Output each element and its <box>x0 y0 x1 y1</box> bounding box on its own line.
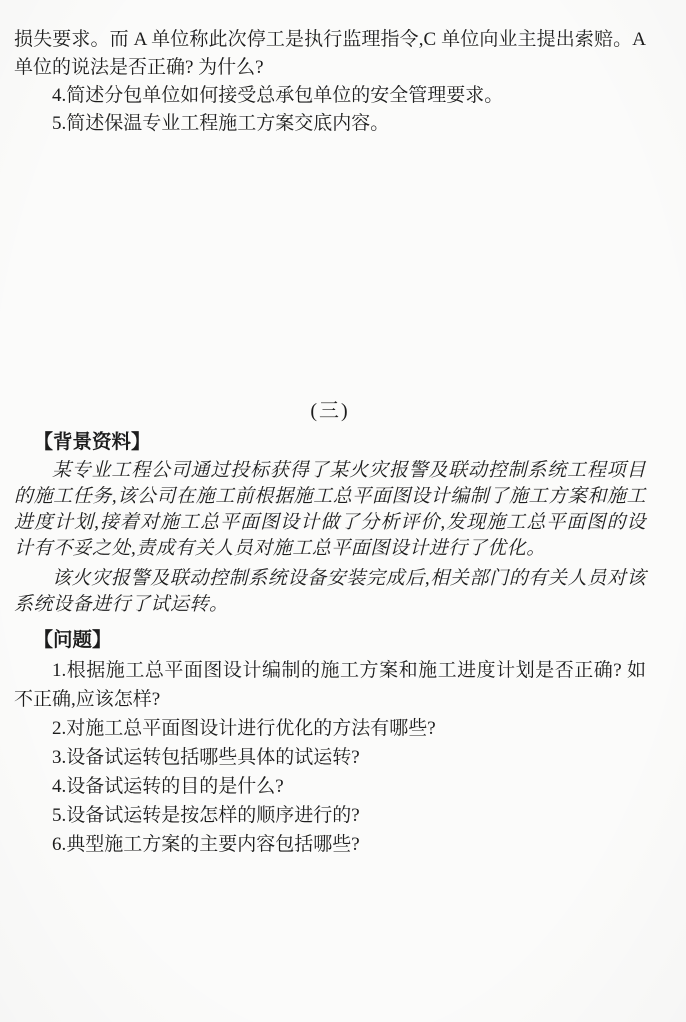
background-paragraph: 该火灾报警及联动控制系统设备安装完成后,相关部门的有关人员对该系统设备进行了试运… <box>14 566 646 618</box>
question-item-6: 6.典型施工方案的主要内容包括哪些? <box>14 830 646 859</box>
scanned-document-page: 损失要求。而 A 单位称此次停工是执行监理指令,C 单位向业主提出索赔。A 单位… <box>0 0 686 1022</box>
question-item-3: 3.设备试运转包括哪些具体的试运转? <box>14 743 646 772</box>
previous-section-question-4: 4.简述分包单位如何接受总承包单位的安全管理要求。 <box>14 82 646 110</box>
paragraph-continuation: 损失要求。而 A 单位称此次停工是执行监理指令,C 单位向业主提出索赔。A 单位… <box>14 26 646 82</box>
background-paragraph: 某专业工程公司通过投标获得了某火灾报警及联动控制系统工程项目的施工任务,该公司在… <box>14 458 646 562</box>
question-item-5: 5.设备试运转是按怎样的顺序进行的? <box>14 801 646 830</box>
background-materials-label: 【背景资料】 <box>14 428 646 458</box>
blank-gap <box>14 138 646 396</box>
questions-label: 【问题】 <box>14 626 646 656</box>
previous-section-question-5: 5.简述保温专业工程施工方案交底内容。 <box>14 110 646 138</box>
question-item-4: 4.设备试运转的目的是什么? <box>14 772 646 801</box>
question-item-1: 1.根据施工总平面图设计编制的施工方案和施工进度计划是否正确? 如不正确,应该怎… <box>14 656 646 714</box>
question-item-2: 2.对施工总平面图设计进行优化的方法有哪些? <box>14 714 646 743</box>
section-heading: (三) <box>14 396 646 426</box>
